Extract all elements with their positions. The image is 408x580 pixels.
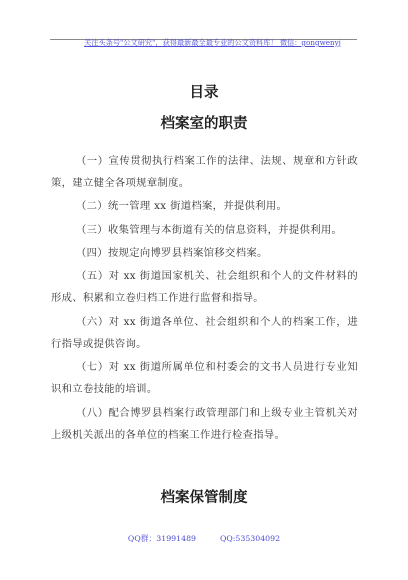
paragraph-1: （一）宣传贯彻执行档案工作的法律、法规、规章和方针政策，建立健全各项规章制度。 (51, 150, 358, 195)
paragraph-5: （五）对 xx 街道国家机关、社会组织和个人的文件材料的形成、积累和立卷归档工作… (51, 265, 358, 310)
paragraph-7: （七）对 xx 街道所属单位和村委会的文书人员进行专业知识和立卷技能的培训。 (51, 356, 358, 401)
footer-qq-group: QQ群：31991489 (128, 533, 196, 545)
document-title: 目录 (0, 84, 408, 102)
footer-qq: QQ:535304092 (220, 533, 280, 545)
document-body: （一）宣传贯彻执行档案工作的法律、法规、规章和方针政策，建立健全各项规章制度。 … (51, 150, 358, 446)
paragraph-3: （三）收集管理与本街道有关的信息资料，并提供利用。 (51, 219, 358, 241)
section-heading-archive-storage: 档案保管制度 (0, 489, 408, 507)
page-footer: QQ群：31991489QQ:535304092 (0, 533, 408, 545)
page-header: 关注头条号"公文研究"，获得最新最全最专业的公文资料库！ 微信：gongweny… (50, 30, 357, 40)
paragraph-8: （八）配合博罗县档案行政管理部门和上级专业主管机关对上级机关派出的各单位的档案工… (51, 402, 358, 447)
document-page: 关注头条号"公文研究"，获得最新最全最专业的公文资料库！ 微信：gongweny… (0, 0, 408, 580)
paragraph-6: （六）对 xx 街道各单位、社会组织和个人的档案工作，进行指导或提供咨询。 (51, 311, 358, 356)
paragraph-2: （二）统一管理 xx 街道档案，并提供利用。 (51, 195, 358, 217)
section-heading-archive-duties: 档案室的职责 (0, 115, 408, 133)
paragraph-4: （四）按规定向博罗县档案馆移交档案。 (51, 242, 358, 264)
header-promo-link[interactable]: 关注头条号"公文研究"，获得最新最全最专业的公文资料库！ 微信：gongweny… (84, 38, 341, 47)
